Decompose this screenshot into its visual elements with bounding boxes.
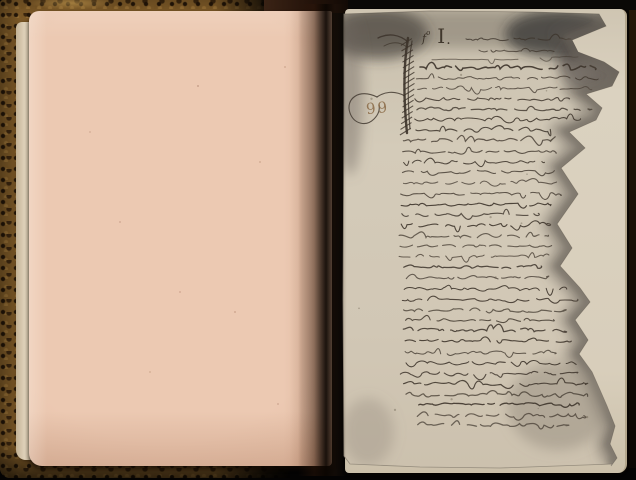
folio-number-label: foI. (422, 26, 451, 48)
folio-numeral: I (437, 26, 446, 46)
manuscript-page (0, 0, 636, 480)
book-scan: foI. 99 (0, 0, 636, 480)
margin-number: 99 (365, 98, 390, 118)
